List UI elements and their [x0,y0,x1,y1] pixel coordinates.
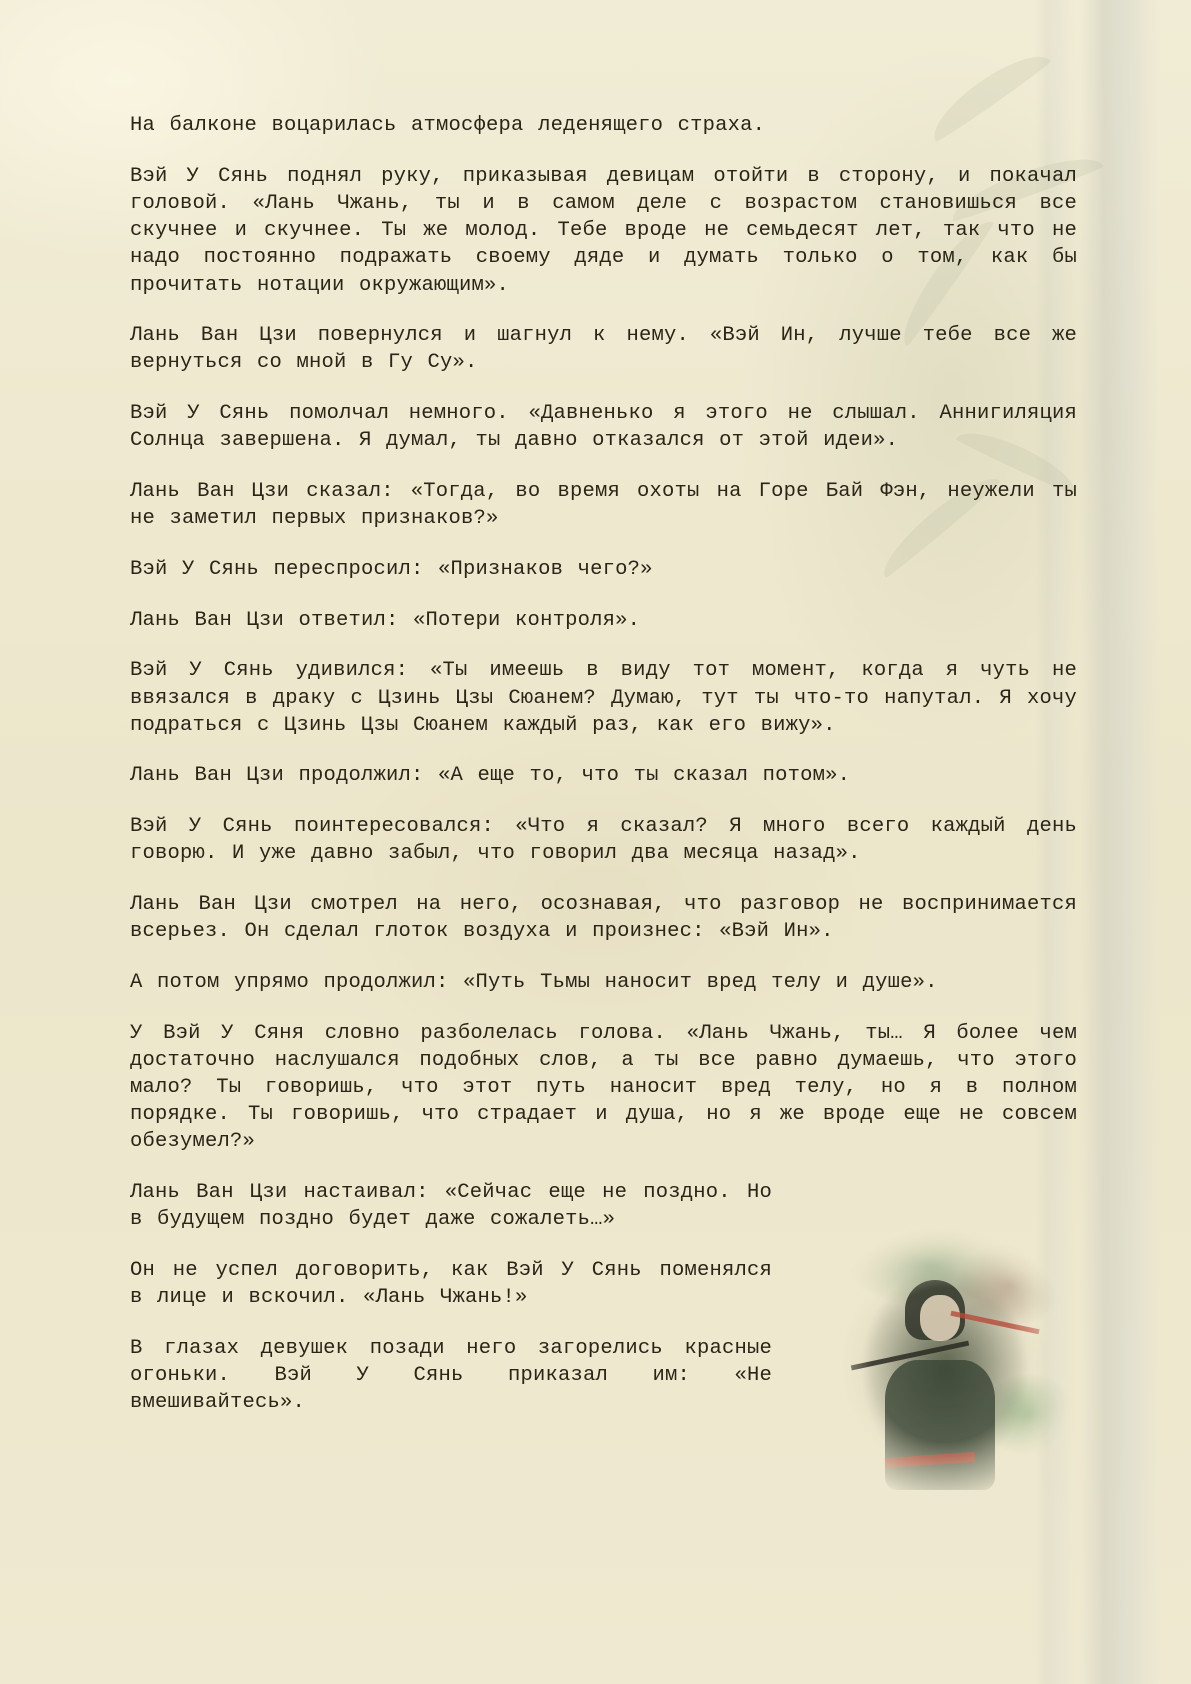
paragraph: Он не успел договорить, как Вэй У Сянь п… [130,1257,772,1311]
character-with-flute-illustration [810,1225,1080,1505]
paragraph: Лань Ван Цзи ответил: «Потери контроля». [130,607,1077,634]
paragraph: Вэй У Сянь поинтересовался: «Что я сказа… [130,813,1077,867]
paragraph: В глазах девушек позади него загорелись … [130,1335,772,1417]
paragraph: А потом упрямо продолжил: «Путь Тьмы нан… [130,969,1077,996]
paragraph: Лань Ван Цзи настаивал: «Сейчас еще не п… [130,1179,772,1233]
paragraph: Лань Ван Цзи повернулся и шагнул к нему.… [130,322,1077,376]
paragraph: Лань Ван Цзи продолжил: «А еще то, что т… [130,762,1077,789]
face-shape [920,1295,960,1341]
paragraph: На балконе воцарилась атмосфера леденяще… [130,112,1077,139]
paragraph: Лань Ван Цзи смотрел на него, осознавая,… [130,891,1077,945]
bamboo-stalk-decoration [1080,0,1160,1684]
paper-background: На балконе воцарилась атмосфера леденяще… [0,0,1191,1684]
paragraph: Вэй У Сянь поднял руку, приказывая девиц… [130,163,1077,299]
paragraph: Вэй У Сянь помолчал немного. «Давненько … [130,400,1077,454]
paragraph: Вэй У Сянь удивился: «Ты имеешь в виду т… [130,657,1077,739]
paragraph: Лань Ван Цзи сказал: «Тогда, во время ох… [130,478,1077,532]
robe-shape [885,1360,995,1490]
paragraph: Вэй У Сянь переспросил: «Признаков чего?… [130,556,1077,583]
paragraph: У Вэй У Сяня словно разболелась голова. … [130,1020,1077,1156]
